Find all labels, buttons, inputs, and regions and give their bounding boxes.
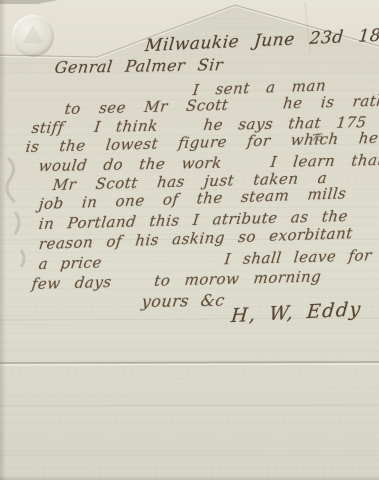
paper-left-edge (0, 0, 6, 480)
letter-scan: Milwaukie June 23d 1864 Genral Palmer Si… (0, 0, 379, 480)
embossed-seal-icon (12, 15, 54, 57)
salutation: Genral Palmer Sir (54, 55, 225, 78)
closing: yours &c (141, 291, 227, 312)
bleed-through-marks (7, 158, 24, 267)
paper-bottom-edge (0, 476, 379, 480)
